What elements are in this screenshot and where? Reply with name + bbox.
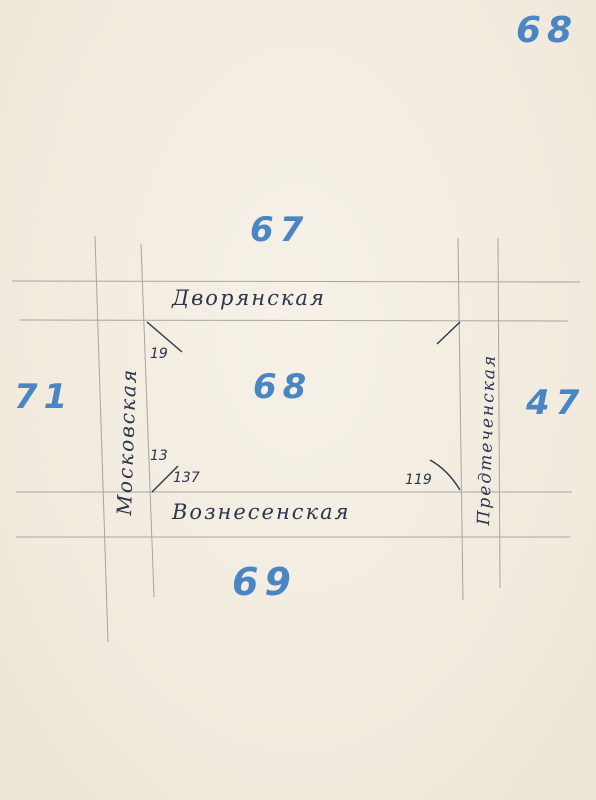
block-number-west: 71: [14, 377, 73, 417]
page-number: 68: [516, 10, 578, 51]
block-number-east: 47: [526, 383, 585, 423]
corner-number-bottom-right: 119: [405, 472, 432, 488]
street-label-south: Вознесенская: [172, 500, 351, 524]
street-label-north: Дворянская: [172, 286, 326, 310]
corner-number-bottom-left-upper: 13: [150, 448, 168, 464]
block-number-center: 68: [253, 367, 312, 407]
block-number-north: 67: [250, 210, 309, 250]
block-number-south: 69: [232, 560, 297, 604]
corner-number-top-left: 19: [150, 346, 168, 362]
corner-number-bottom-left: 137: [173, 470, 200, 486]
